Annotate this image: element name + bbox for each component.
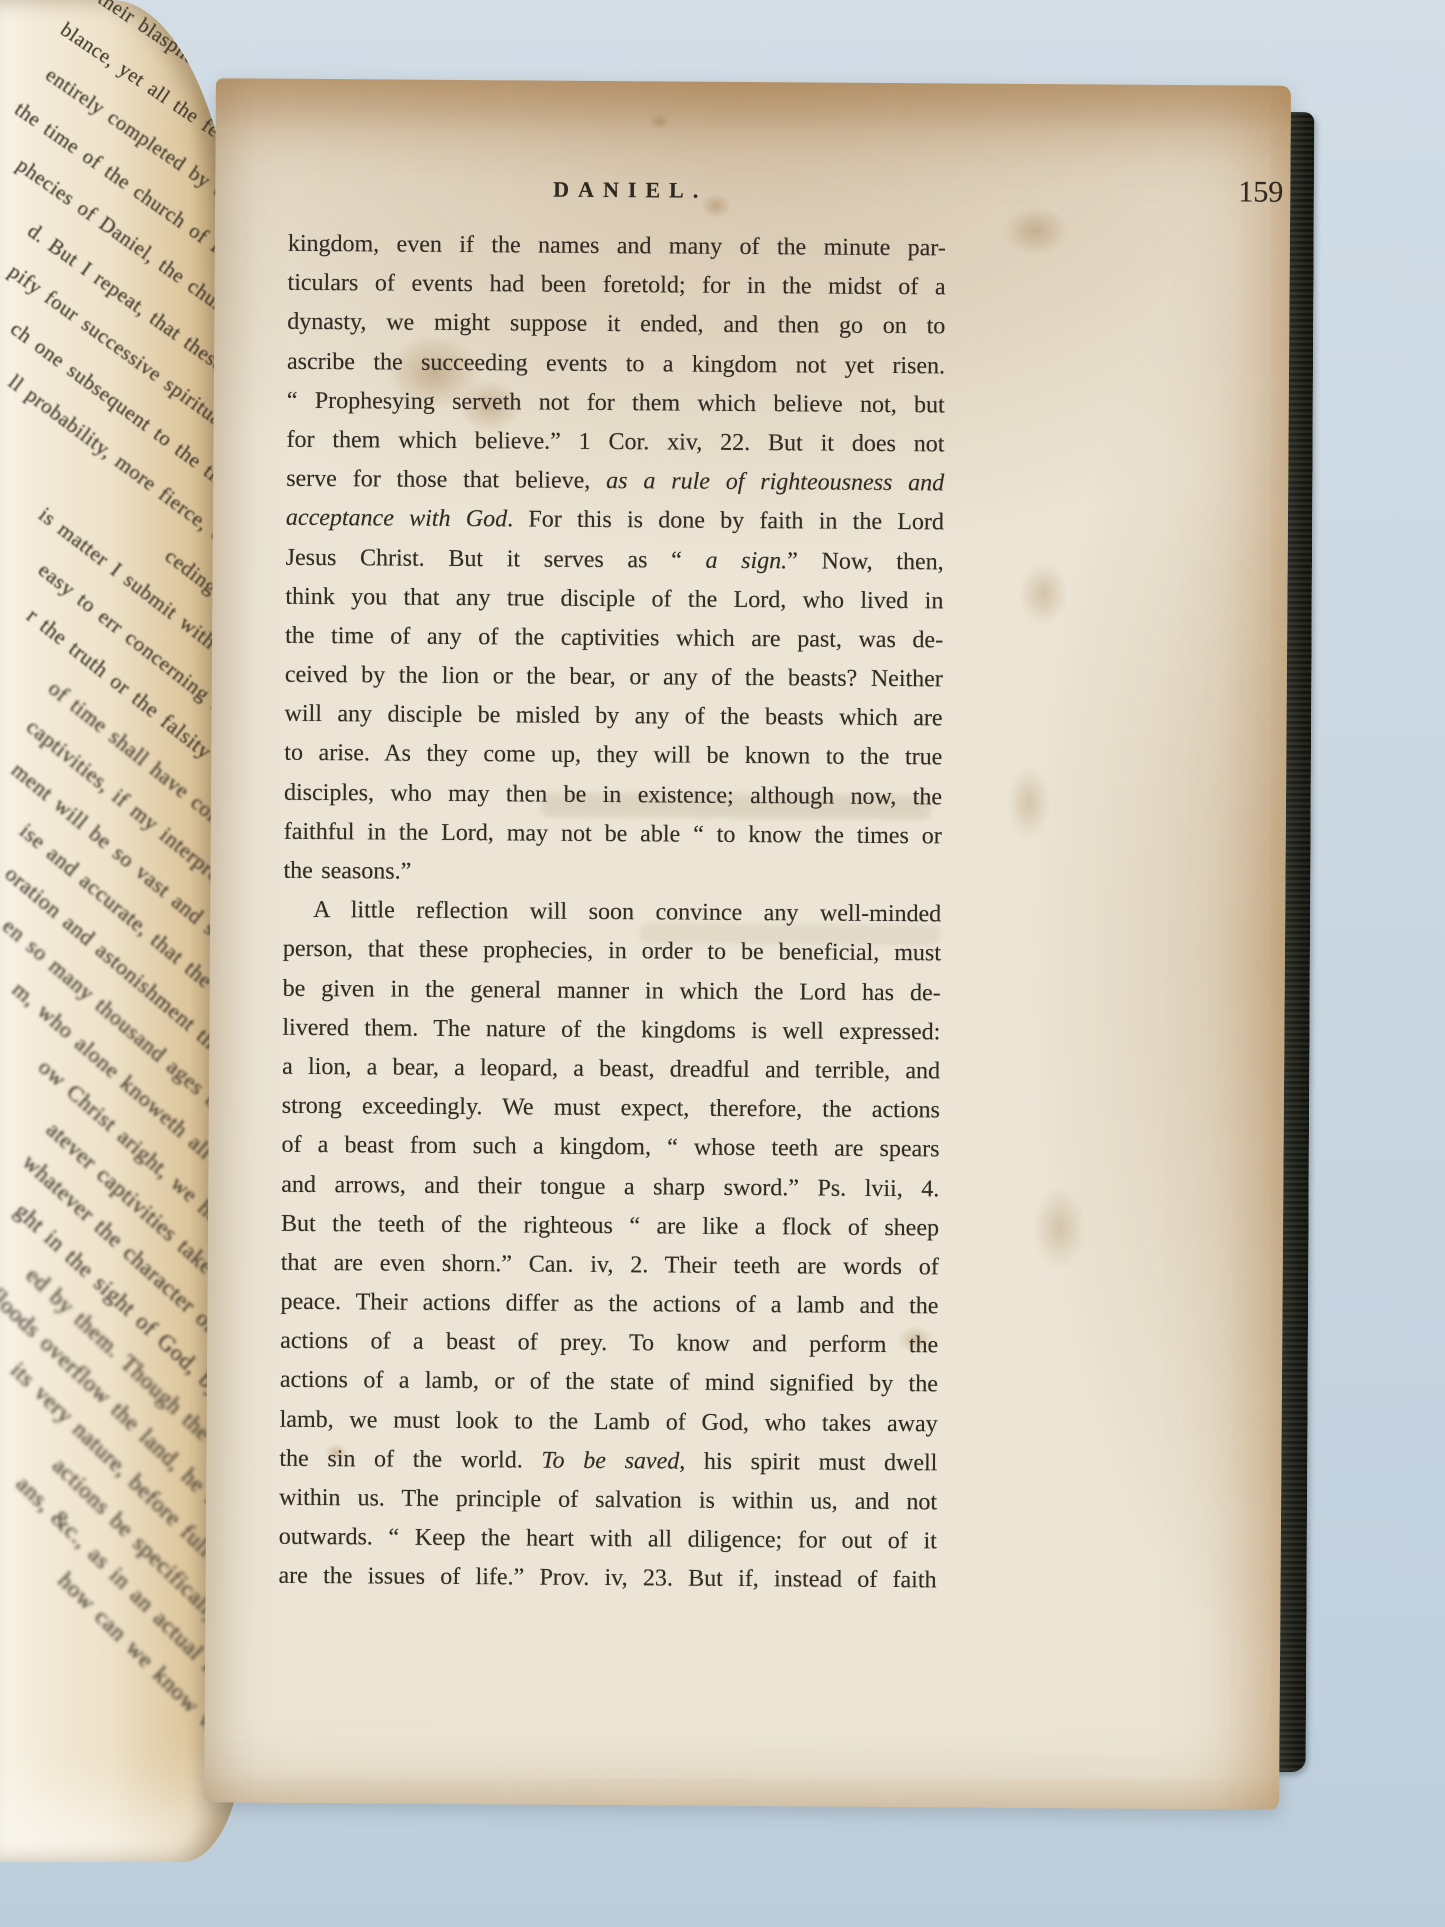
body-text-line: ticulars of events had been foretold; fo… bbox=[287, 264, 945, 308]
body-text-line: and arrows, and their tongue a sharp swo… bbox=[281, 1165, 939, 1209]
body-text-line: A little reflection will soon convince a… bbox=[283, 891, 941, 935]
body-text-line: ascribe the succeeding events to a kingd… bbox=[287, 342, 945, 386]
body-text-line: But the teeth of the righteous “ are lik… bbox=[281, 1204, 939, 1248]
body-text-line: for them which believe.” 1 Cor. xiv, 22.… bbox=[286, 421, 944, 465]
book-photo: { "scene":{ "background_color":"#cbd8e2"… bbox=[0, 0, 1445, 1927]
body-text-line: that are even shorn.” Can. iv, 2. Their … bbox=[281, 1244, 939, 1288]
page-stain bbox=[1018, 562, 1068, 626]
body-text-line: within us. The principle of salvation is… bbox=[279, 1479, 937, 1523]
body-text-line: outwards. “ Keep the heart with all dili… bbox=[279, 1518, 937, 1562]
body-text-line: the seasons.” bbox=[283, 852, 941, 896]
book-page: DANIEL. 159 kingdom, even if the names a… bbox=[204, 78, 1291, 1809]
page-stain bbox=[1032, 1186, 1087, 1270]
body-text-line: to arise. As they come up, they will be … bbox=[284, 734, 942, 778]
body-text-line: person, that these prophecies, in order … bbox=[283, 930, 941, 974]
body-text-line: faithful in the Lord, may not be able “ … bbox=[284, 813, 942, 857]
page-text-block: kingdom, even if the names and many of t… bbox=[278, 225, 946, 1601]
body-text-line: peace. Their actions differ as the actio… bbox=[280, 1283, 938, 1327]
body-text-line: strong exceedingly. We must expect, ther… bbox=[282, 1087, 940, 1131]
page-number: 159 bbox=[1238, 175, 1283, 209]
body-text-line: kingdom, even if the names and many of t… bbox=[288, 225, 946, 269]
body-text-line: actions of a beast of prey. To know and … bbox=[280, 1322, 938, 1366]
body-text-line: Jesus Christ. But it serves as “ a sign.… bbox=[286, 538, 944, 582]
body-text-line: of a beast from such a kingdom, “ whose … bbox=[281, 1126, 939, 1170]
page-stain bbox=[650, 113, 670, 129]
body-text-line: are the issues of life.” Prov. iv, 23. B… bbox=[278, 1557, 936, 1601]
body-text-line: “ Prophesying serveth not for them which… bbox=[287, 382, 945, 426]
body-text-line: ceived by the lion or the bear, or any o… bbox=[285, 656, 943, 700]
body-text-line: disciples, who may then be in existence;… bbox=[284, 773, 942, 817]
running-header: DANIEL. bbox=[290, 175, 970, 206]
page-stain bbox=[1007, 766, 1052, 840]
body-text-line: a lion, a bear, a leopard, a beast, drea… bbox=[282, 1048, 940, 1092]
body-text-line: the sin of the world. To be saved, his s… bbox=[279, 1440, 937, 1484]
body-text-line: think you that any true disciple of the … bbox=[285, 577, 943, 621]
body-text-line: dynasty, we might suppose it ended, and … bbox=[287, 303, 945, 347]
page-header-row: DANIEL. 159 bbox=[290, 175, 1290, 222]
body-text-line: will any disciple be misled by any of th… bbox=[284, 695, 942, 739]
body-text-line: acceptance with God. For this is done by… bbox=[286, 499, 944, 543]
body-text-line: actions of a lamb, or of the state of mi… bbox=[280, 1361, 938, 1405]
body-text-line: the time of any of the captivities which… bbox=[285, 617, 943, 661]
body-text-line: lamb, we must look to the Lamb of God, w… bbox=[280, 1400, 938, 1444]
body-text-line: livered them. The nature of the kingdoms… bbox=[282, 1009, 940, 1053]
body-text-line: serve for those that believe, as a rule … bbox=[286, 460, 944, 504]
body-text-line: be given in the general manner in which … bbox=[283, 969, 941, 1013]
